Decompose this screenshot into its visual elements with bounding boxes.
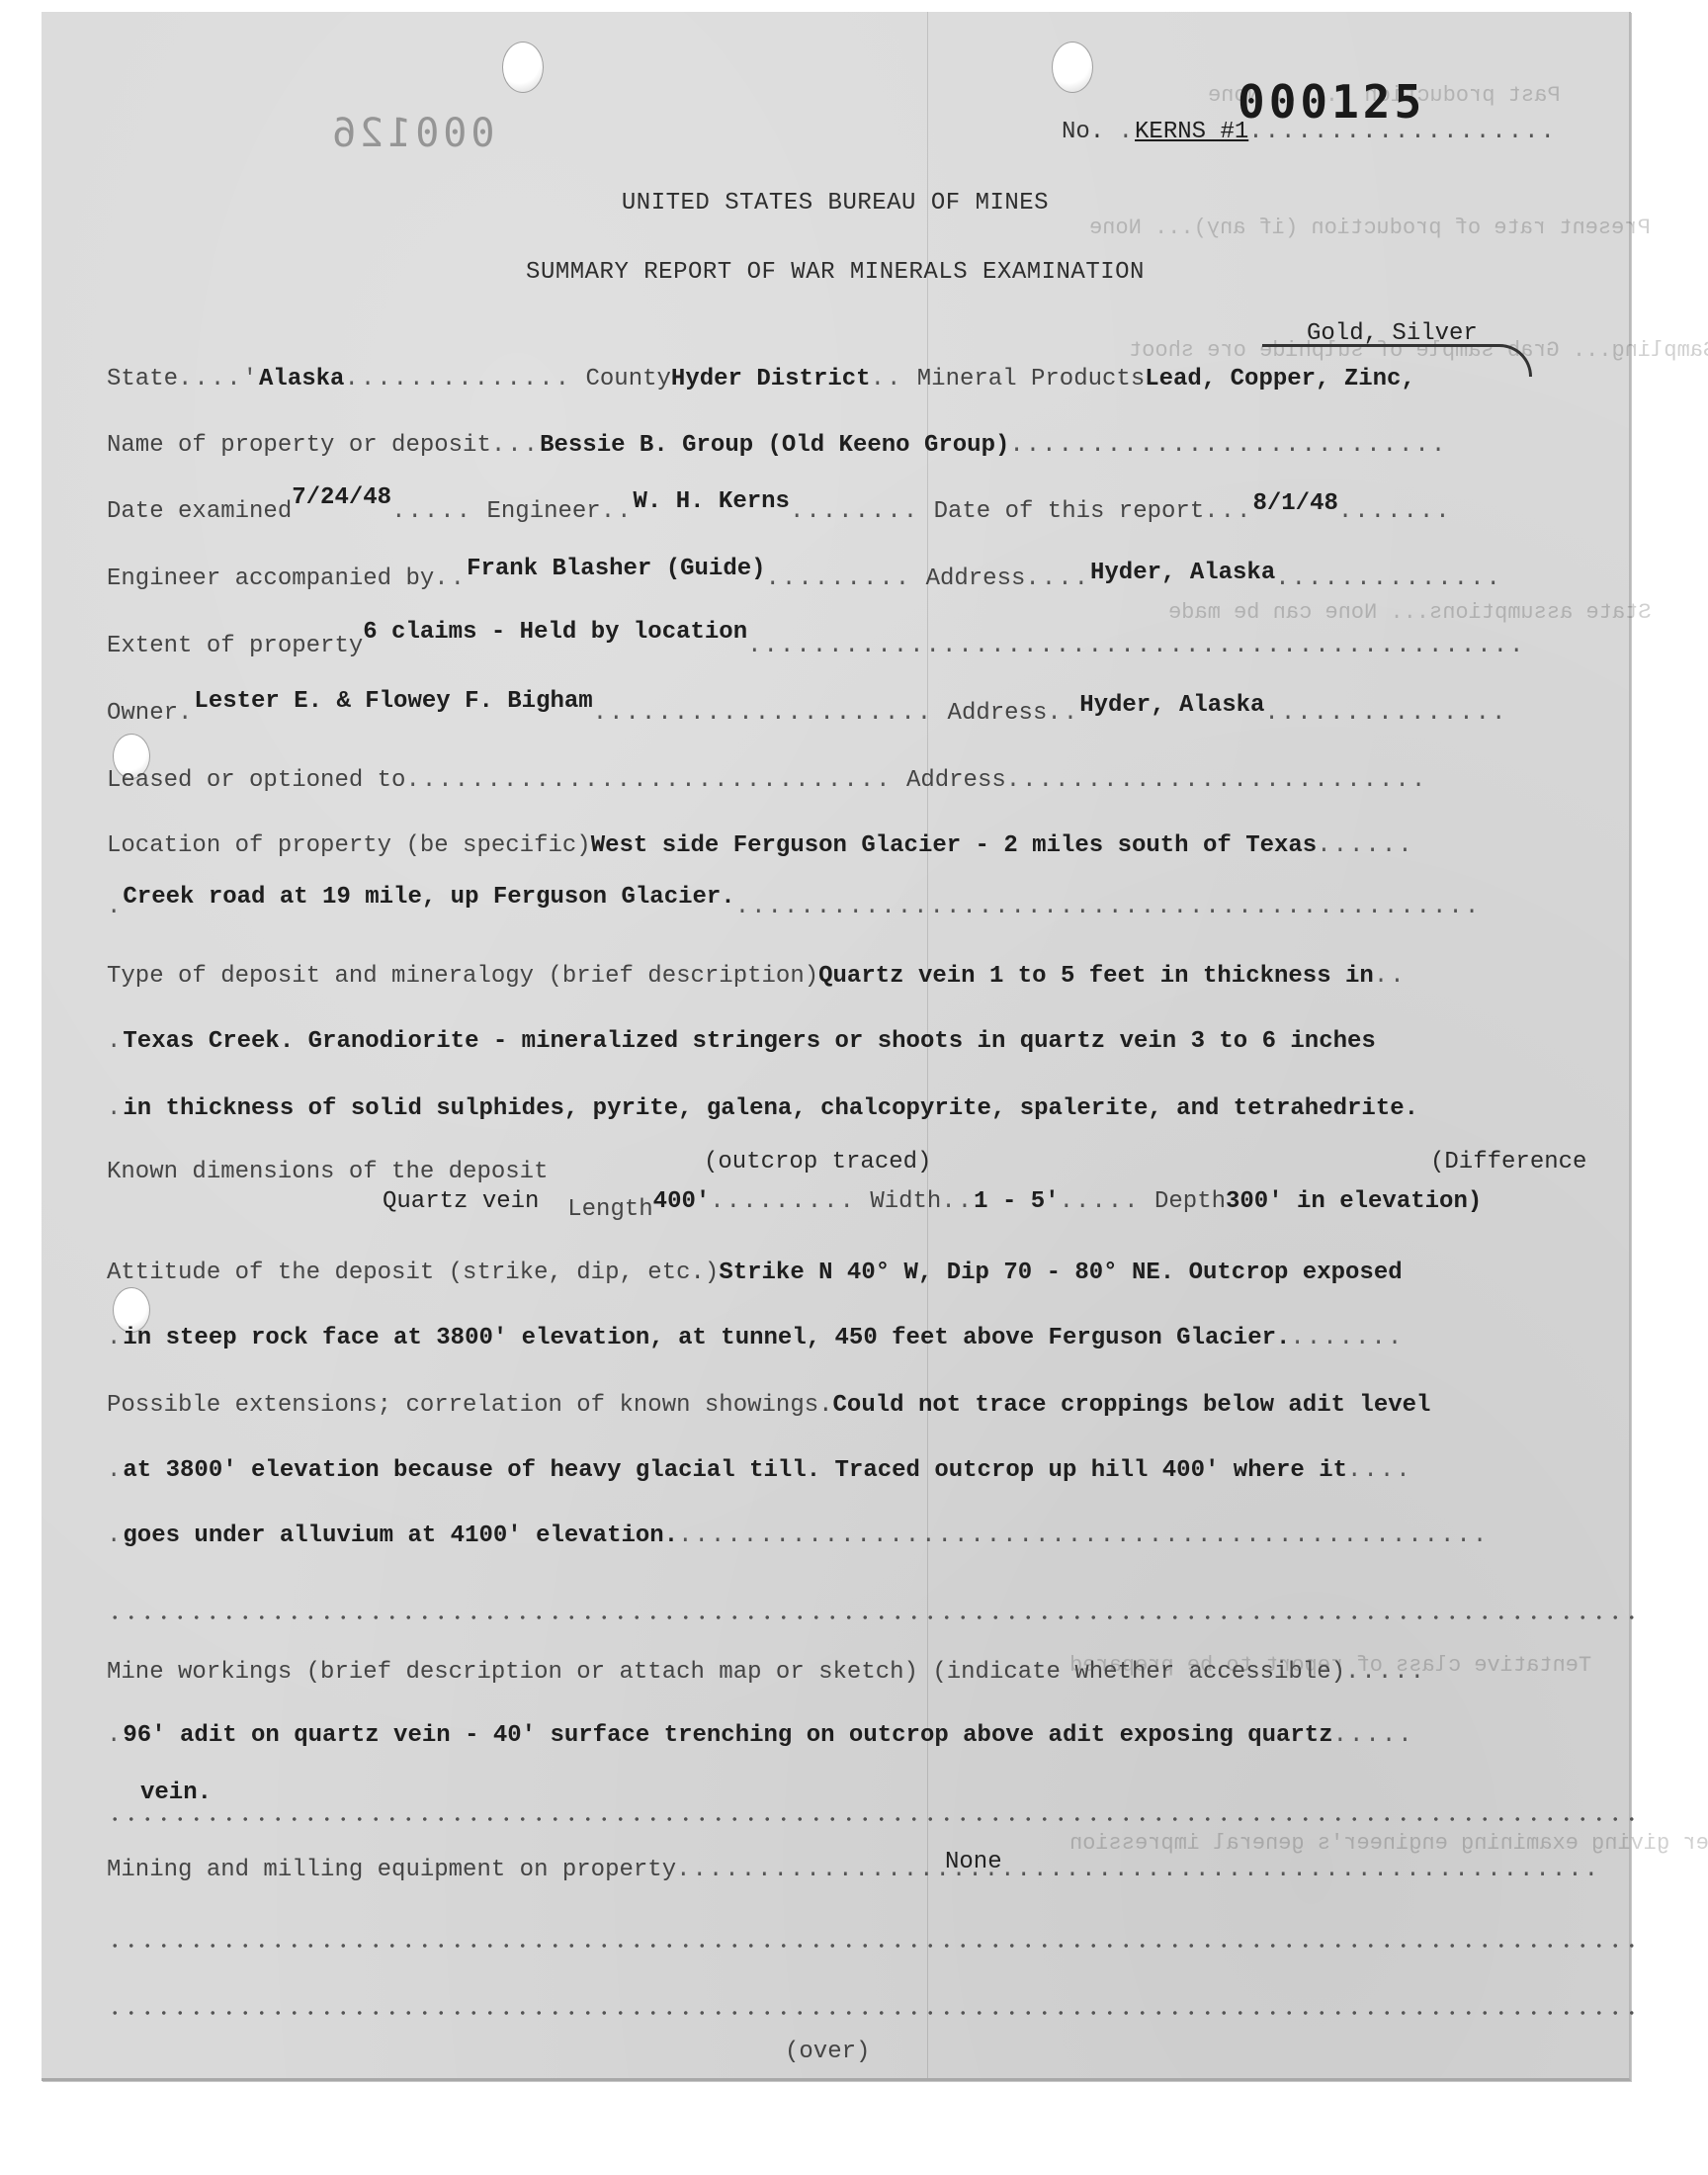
row-deposit-3: .in thickness of solid sulphides, pyrite… (107, 1095, 1560, 1122)
row-equipment: Mining and milling equipment on property… (107, 1857, 1560, 1883)
row-extensions-1: Possible extensions; correlation of know… (107, 1392, 1560, 1419)
width-value: 1 - 5' (974, 1188, 1059, 1215)
bleedthrough-text: To be accompanied by brief letter giving… (1069, 1831, 1708, 1856)
row-workings-label: Mine workings (brief description or atta… (107, 1659, 1560, 1686)
row-state-county-products: State....'Alaska.............. CountyHyd… (107, 366, 1560, 392)
workings-line-2: vein. (140, 1780, 212, 1806)
bleedthrough-text: Present rate of production (if any)... N… (1089, 216, 1651, 240)
length-value: 400' (653, 1188, 711, 1215)
location-line-1: West side Ferguson Glacier - 2 miles sou… (591, 832, 1318, 859)
punch-hole-icon (502, 42, 544, 93)
owner-address-value: Hyder, Alaska (1079, 692, 1264, 719)
state-value: Alaska (259, 366, 344, 392)
row-owner: Owner.Lester E. & Flowey F. Bigham......… (107, 700, 1560, 727)
row-attitude-2: .in steep rock face at 3800' elevation, … (107, 1325, 1560, 1351)
extent-value: 6 claims - Held by location (363, 619, 747, 646)
engineer-value: W. H. Kerns (634, 488, 790, 515)
location-line-2: Creek road at 19 mile, up Ferguson Glaci… (123, 884, 734, 911)
mineral-products-value: Lead, Copper, Zinc, (1145, 366, 1415, 392)
punch-hole-icon (1052, 42, 1093, 93)
dimensions-note-difference: (Difference (1430, 1149, 1586, 1175)
blank-dotted-line (107, 1944, 1639, 1948)
blank-dotted-line (107, 1615, 1639, 1619)
row-extensions-2: .at 3800' elevation because of heavy gla… (107, 1457, 1560, 1484)
attitude-line-1: Strike N 40° W, Dip 70 - 80° NE. Outcrop… (719, 1260, 1402, 1286)
dotted-line (107, 1817, 1639, 1821)
reversed-stamp-number: 000126 (328, 111, 495, 156)
row-deposit-1: Type of deposit and mineralogy (brief de… (107, 963, 1560, 990)
document-sheet: Past production ...... None Present rate… (42, 12, 1631, 2081)
attitude-line-2: in steep rock face at 3800' elevation, a… (123, 1325, 1290, 1351)
over-note: (over) (785, 2039, 870, 2065)
date-examined-value: 7/24/48 (292, 484, 391, 511)
row-dimensions-values: Quartz vein Length400'......... Width..1… (383, 1188, 1482, 1215)
report-date-value: 8/1/48 (1252, 490, 1337, 517)
row-accompanied: Engineer accompanied by..Frank Blasher (… (107, 565, 1560, 592)
depth-value: 300' in elevation) (1226, 1188, 1482, 1215)
owner-value: Lester E. & Flowey F. Bigham (194, 688, 592, 715)
bleedthrough-text: State assumptions... None can be made (1168, 600, 1651, 625)
report-number: No. .KERNS #1................... (1062, 119, 1557, 145)
row-deposit-2: .Texas Creek. Granodiorite - mineralized… (107, 1028, 1560, 1055)
row-leased: Leased or optioned to...................… (107, 767, 1560, 794)
dimensions-subject: Quartz vein (383, 1188, 539, 1215)
report-title: SUMMARY REPORT OF WAR MINERALS EXAMINATI… (42, 259, 1629, 286)
row-dates-engineer: Date examined7/24/48..... Engineer..W. H… (107, 498, 1560, 525)
county-value: Hyder District (671, 366, 871, 392)
mineral-products-handwritten-insert: Gold, Silver (1307, 320, 1478, 347)
agency-title: UNITED STATES BUREAU OF MINES (42, 190, 1629, 217)
row-extent: Extent of property6 claims - Held by loc… (107, 633, 1560, 659)
extensions-line-1: Could not trace croppings below adit lev… (833, 1392, 1431, 1419)
row-location-2: .Creek road at 19 mile, up Ferguson Glac… (107, 894, 1560, 920)
extensions-line-3: goes under alluvium at 4100' elevation. (123, 1522, 678, 1549)
row-extensions-3: .goes under alluvium at 4100' elevation.… (107, 1522, 1560, 1549)
deposit-line-3: in thickness of solid sulphides, pyrite,… (123, 1095, 1418, 1122)
deposit-line-1: Quartz vein 1 to 5 feet in thickness in (818, 963, 1374, 990)
blank-dotted-line (107, 2011, 1639, 2015)
property-name-value: Bessie B. Group (Old Keeno Group) (540, 432, 1009, 459)
workings-line-1: 96' adit on quartz vein - 40' surface tr… (123, 1722, 1332, 1749)
dimensions-note-outcrop: (outcrop traced) (704, 1149, 931, 1175)
report-number-value: KERNS #1 (1135, 119, 1248, 145)
row-location-1: Location of property (be specific)West s… (107, 832, 1560, 859)
accompanied-by-value: Frank Blasher (Guide) (467, 556, 765, 582)
extensions-line-2: at 3800' elevation because of heavy glac… (123, 1457, 1347, 1484)
row-attitude-1: Attitude of the deposit (strike, dip, et… (107, 1260, 1560, 1286)
deposit-line-2: Texas Creek. Granodiorite - mineralized … (123, 1028, 1375, 1055)
accompanied-address-value: Hyder, Alaska (1090, 560, 1275, 586)
row-property-name: Name of property or deposit...Bessie B. … (107, 432, 1560, 459)
report-number-label: No. (1062, 119, 1104, 145)
row-workings-1: .96' adit on quartz vein - 40' surface t… (107, 1722, 1560, 1749)
